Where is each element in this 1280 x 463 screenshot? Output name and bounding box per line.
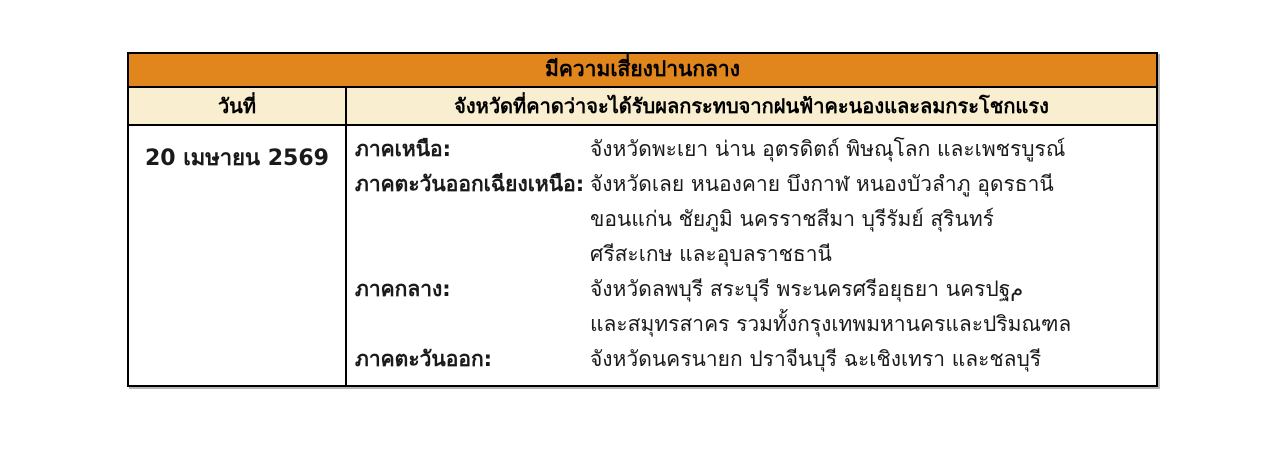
- table-data-row: 20 เมษายน 2569 ภาคเหนือ: จังหวัดพะเยา น่…: [129, 126, 1156, 385]
- provinces-column-header: จังหวัดที่คาดว่าจะได้รับผลกระทบจากฝนฟ้าค…: [347, 88, 1156, 124]
- region-label-central: ภาคกลาง:: [355, 272, 590, 307]
- region-provinces-northeast: จังหวัดเลย หนองคาย บึงกาฬ หนองบัวลำภู อุ…: [590, 167, 1146, 272]
- table-title: มีความเสี่ยงปานกลาง: [545, 59, 740, 82]
- date-column-header: วันที่: [129, 88, 347, 124]
- region-row-north: ภาคเหนือ: จังหวัดพะเยา น่าน อุตรดิตถ์ พิ…: [355, 132, 1146, 167]
- region-label-northeast: ภาคตะวันออกเฉียงเหนือ:: [355, 167, 590, 202]
- region-provinces-north: จังหวัดพะเยา น่าน อุตรดิตถ์ พิษณุโลก และ…: [590, 132, 1146, 167]
- region-label-north: ภาคเหนือ:: [355, 132, 590, 167]
- region-row-northeast: ภาคตะวันออกเฉียงเหนือ: จังหวัดเลย หนองคา…: [355, 167, 1146, 272]
- table-header-row: วันที่ จังหวัดที่คาดว่าจะได้รับผลกระทบจา…: [129, 88, 1156, 126]
- region-row-east: ภาคตะวันออก: จังหวัดนครนายก ปราจีนบุรี ฉ…: [355, 342, 1146, 377]
- table-title-row: มีความเสี่ยงปานกลาง: [129, 54, 1156, 88]
- region-row-central: ภาคกลาง: จังหวัดลพบุรี สระบุรี พระนครศรี…: [355, 272, 1146, 342]
- date-cell: 20 เมษายน 2569: [129, 126, 347, 385]
- page: มีความเสี่ยงปานกลาง วันที่ จังหวัดที่คาด…: [0, 0, 1280, 463]
- region-provinces-central: จังหวัดลพบุรี สระบุรี พระนครศรีอยุธยา นค…: [590, 272, 1146, 342]
- region-label-east: ภาคตะวันออก:: [355, 342, 590, 377]
- region-provinces-east: จังหวัดนครนายก ปราจีนบุรี ฉะเชิงเทรา และ…: [590, 342, 1146, 377]
- provinces-cell: ภาคเหนือ: จังหวัดพะเยา น่าน อุตรดิตถ์ พิ…: [347, 126, 1156, 385]
- moderate-risk-table: มีความเสี่ยงปานกลาง วันที่ จังหวัดที่คาด…: [127, 52, 1158, 387]
